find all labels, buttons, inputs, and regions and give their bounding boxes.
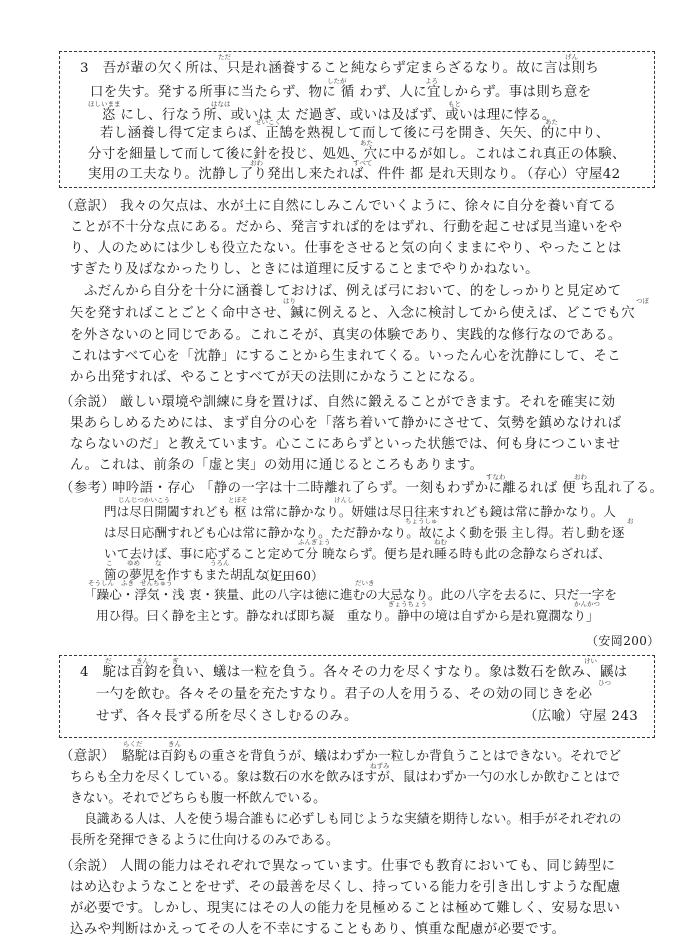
ruby: つぼ	[636, 298, 649, 305]
reference-line: 門は尽日開闔すれども 枢 は常に静かなり。妍媸は尽日往来すれども鏡は常に静かなり…	[104, 503, 616, 521]
reference-source: （疋田60）	[258, 567, 324, 585]
translation-line: 長所を発揮できるように仕向けるのみである。	[70, 832, 339, 850]
entry-4-text-line: 一勺を飲む。各々その量を充たすなり。君子の人を用うる、その効の同じきを必	[96, 686, 592, 704]
translation-line: ふだんから自分を十分に涵養しておけば、例えば弓において、的をしっかりと見定めて	[84, 283, 622, 301]
commentary-line: 込みや判断はかえってその人を不幸にすることもあり、慎重な配慮が必要です。	[70, 921, 565, 936]
entry-3-text-line: 恣 にし、行なう所、或いは 太 だ過ぎ、或いは及ばず、或いは理に悖る。	[102, 107, 556, 125]
translation-line: ことが不十分な点にある。だから、発言すれば的をはずれ、行動を起こせば見当違いをや	[70, 219, 622, 237]
translation-label: （意訳）	[60, 748, 115, 766]
reference-label: （参考）	[60, 480, 115, 498]
reference-line: 「躁心・浮気・浅 衷・狭量、此の八字は徳に進むの大忌なり。此の八字を去るに、只だ…	[84, 586, 617, 604]
reference-line: は尽日応酬すれども心は常に静かなり。ただ静かなり。故によく動を張 主し得。若し動…	[104, 524, 624, 542]
ruby: きん	[168, 741, 181, 748]
ruby: お	[627, 518, 634, 525]
translation-line: から出発すれば、やることすべてが天の法則にかなうことになる。	[70, 369, 483, 387]
entry-3-text-line: 実用の工夫なり。沈静し了り発出し来たれば、件件 都 是れ天則なり。	[88, 166, 525, 184]
commentary-line: 果あらしめるためには、まず自分の心を「落ち着いて静かにさせて、気勢を鎮めなければ	[70, 415, 621, 433]
commentary-line: が必要です。しかし、現実にはその人の能力を見極めることは極めて難しく、安易な思い	[70, 900, 620, 918]
translation-label: （意訳）	[60, 198, 115, 216]
entry-3-text-line: 3 吾が輩の欠く所は、只是れ涵養すること純ならず定まらざるなり。故に言は則ち	[80, 60, 599, 78]
commentary-line: 厳しい環境や訓練に身を置けば、自然に鍛えることができます。それを確実に効	[120, 394, 615, 412]
commentary-line: ん。これは、前条の「虚と実」の効用に通じるところもあります。	[70, 457, 483, 475]
document-page: ただ げん 3 吾が輩の欠く所は、只是れ涵養すること純ならず定まらざるなり。故に…	[0, 0, 700, 936]
reference-source: （安岡200）	[586, 632, 660, 650]
ruby: らくだ	[123, 741, 143, 748]
reference-line: 用ひ得。曰く静を主とす。静なれば即ち凝 重なり。静中の境は自ずから是れ寛濶なり」	[96, 607, 599, 625]
commentary-label: （余説）	[60, 858, 115, 876]
ruby: はり	[283, 298, 296, 305]
translation-line: 良識ある人は、人を使う場合誰もに必ずしも同じような実績を期待しない。相手がそれぞ…	[84, 811, 621, 829]
entry-4-text-line: せず、各々長ずる所を尽くさしむるのみ。	[96, 708, 358, 726]
commentary-line: ならないのだ」と教えています。心ここにあらずといった状態では、何も身につこいませ	[70, 436, 620, 454]
entry-3-text-line: 若し涵養し得て定まらば、正鵠を熟視して而して後に弓を開き、矢矢、的に中り、	[100, 125, 610, 143]
entry-3-text-line: 口を失す。発する所事に当たらず、物に 循 わず、人に宜しからず。事は則ち意を	[90, 84, 591, 102]
translation-line: を外さないのと同じである。これこそが、真実の体験であり、実践的な修行なのである。	[70, 327, 622, 345]
translation-line: すぎたり及ばなかったりし、ときには道理に反することまでやりかねない。	[70, 261, 539, 279]
commentary-label: （余説）	[60, 394, 115, 412]
translation-line: きない。それでどちらも腹一杯飲んでいる。	[70, 790, 326, 808]
entry-4-text-line: 4 駝は百鈞を負い、蟻は一粒を負う。各々その力を尽くすなり。象は数石を飲み、鼷は	[80, 664, 628, 682]
translation-line: 我々の欠点は、水が土に自然にしみこんでいくように、徐々に自分を養い育てる	[120, 198, 616, 216]
reference-line: いて去けば、事に応ずること定めて分 暁ならず。便ち是れ睡る時も此の念静ならざれば…	[104, 545, 611, 563]
translation-line: り、人のためには少しも役立たない。仕事をさせると気の向くままにやり、やったことは	[70, 240, 622, 258]
ruby: ひつ	[598, 680, 611, 687]
reference-line: 「静の一字は十二時離れ了らず。一刻もわずかに離るれば 便 ち乱れ了る。	[200, 480, 663, 498]
commentary-line: はめ込むようなことをせず、その最善を尽くし、持っている能力を引き出しすような配慮	[70, 879, 621, 897]
translation-line: これはすべて心を「沈静」にすることから生まれてくる。いったん心を沈静にして、そこ	[70, 348, 621, 366]
translation-line: ちらも全力を尽くしている。象は数石の水を飲みほすが、鼠はわずか一勺の水しか飲むこ…	[70, 769, 620, 787]
entry-4-source: （広喩）守屋 243	[524, 708, 638, 726]
entry-3-source: （存心）守屋42	[520, 166, 621, 184]
commentary-line: 人間の能力はそれぞれで異なっています。仕事でも教育においても、同じ鋳型に	[120, 858, 615, 876]
translation-line: 矢を発すればことごとく命中させ、鍼に例えると、入念に検討してから使えば、どこでも…	[70, 305, 635, 323]
